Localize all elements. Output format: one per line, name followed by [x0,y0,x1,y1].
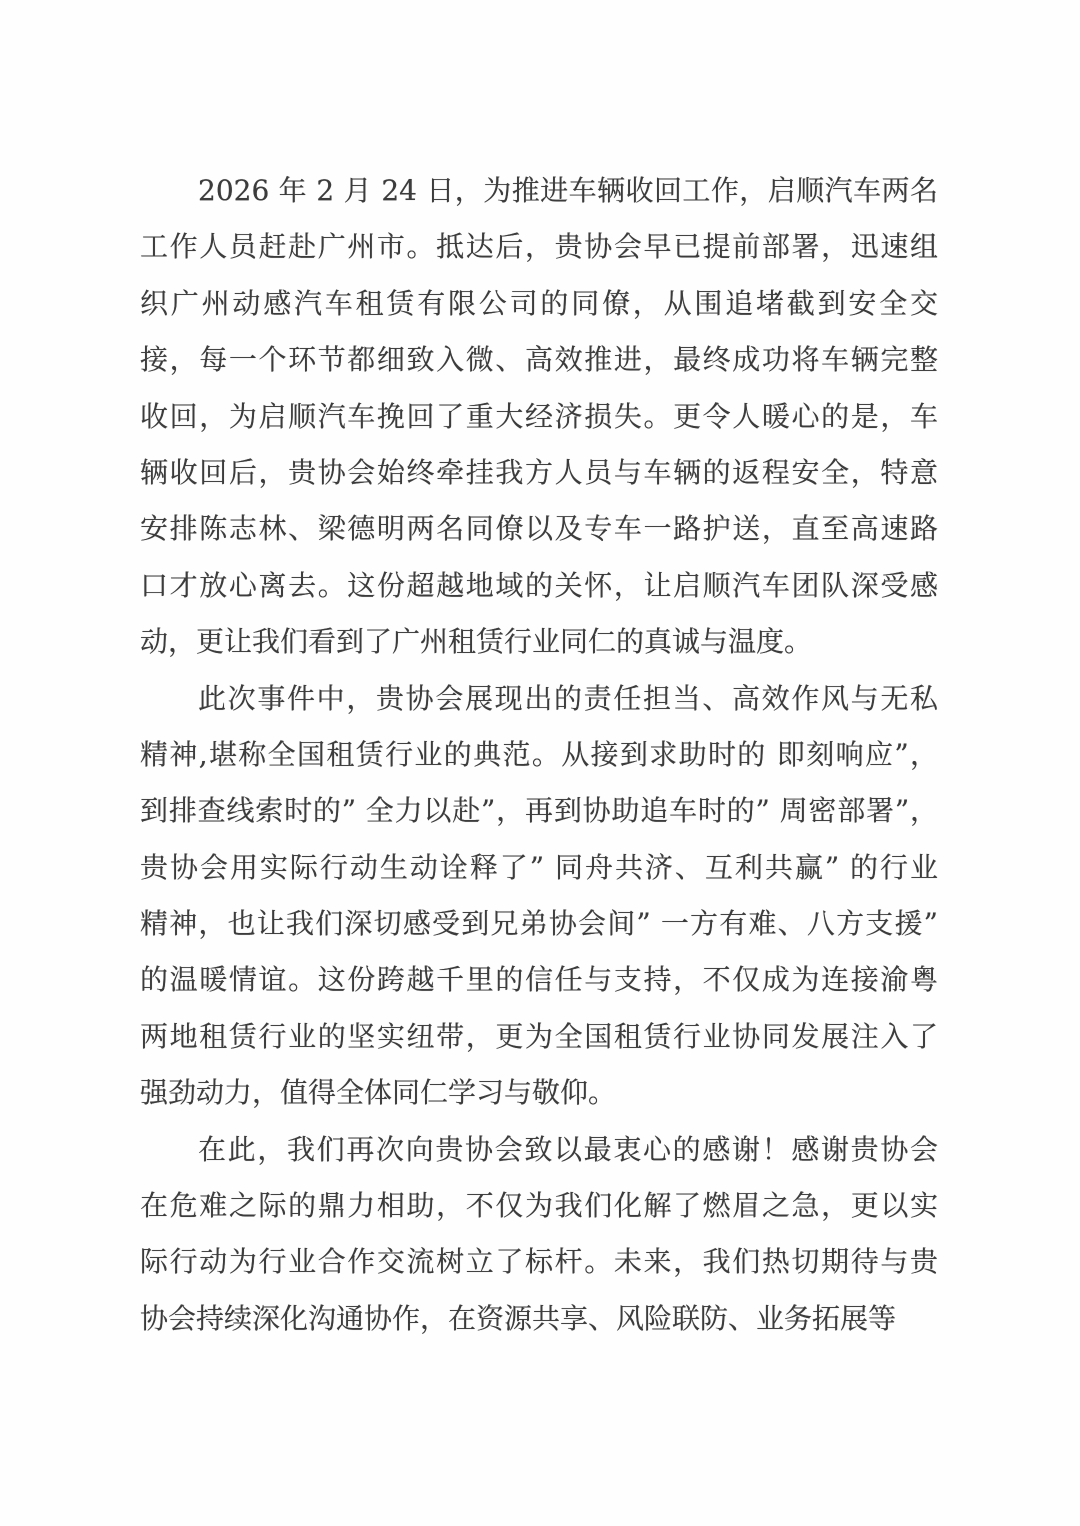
text-line: 安排陈志林、梁德明两名同僚以及专车一路护送，直至高速路 [140,501,938,557]
text-line: 收回，为启顺汽车挽回了重大经济损失。更令人暖心的是，车 [140,389,938,445]
text-line: 辆收回后，贵协会始终牵挂我方人员与车辆的返程安全，特意 [140,445,938,501]
text-line: 在此，我们再次向贵协会致以最衷心的感谢！感谢贵协会 [140,1122,938,1178]
text-line: 织广州动感汽车租赁有限公司的同僚，从围追堵截到安全交 [140,276,938,332]
text-line: 口才放心离去。这份超越地域的关怀，让启顺汽车团队深受感 [140,558,938,614]
text-line: 两地租赁行业的坚实纽带，更为全国租赁行业协同发展注入了 [140,1009,938,1065]
text-line: 动，更让我们看到了广州租赁行业同仁的真诚与温度。 [140,614,938,670]
letter-body: 2026 年 2 月 24 日，为推进车辆收回工作，启顺汽车两名工作人员赶赴广州… [140,163,938,1347]
text-line: 接，每一个环节都细致入微、高效推进，最终成功将车辆完整 [140,332,938,388]
text-line: 工作人员赶赴广州市。抵达后，贵协会早已提前部署，迅速组 [140,219,938,275]
text-line: 贵协会用实际行动生动诠释了” 同舟共济、互利共赢” 的行业 [140,840,938,896]
text-line: 际行动为行业合作交流树立了标杆。未来，我们热切期待与贵 [140,1234,938,1290]
text-line: 精神，也让我们深切感受到兄弟协会间” 一方有难、八方支援” [140,896,938,952]
text-line: 精神,堪称全国租赁行业的典范。从接到求助时的 即刻响应”， [140,727,938,783]
text-line: 到排查线索时的” 全力以赴”，再到协助追车时的” 周密部署”， [140,783,938,839]
text-line: 的温暖情谊。这份跨越千里的信任与支持，不仅成为连接渝粤 [140,952,938,1008]
document-page: 2026 年 2 月 24 日，为推进车辆收回工作，启顺汽车两名工作人员赶赴广州… [0,0,1080,1526]
text-line: 此次事件中，贵协会展现出的责任担当、高效作风与无私 [140,671,938,727]
text-line: 强劲动力，值得全体同仁学习与敬仰。 [140,1065,938,1121]
text-line: 在危难之际的鼎力相助，不仅为我们化解了燃眉之急，更以实 [140,1178,938,1234]
text-line: 2026 年 2 月 24 日，为推进车辆收回工作，启顺汽车两名 [140,163,938,219]
text-line: 协会持续深化沟通协作，在资源共享、风险联防、业务拓展等 [140,1291,938,1347]
